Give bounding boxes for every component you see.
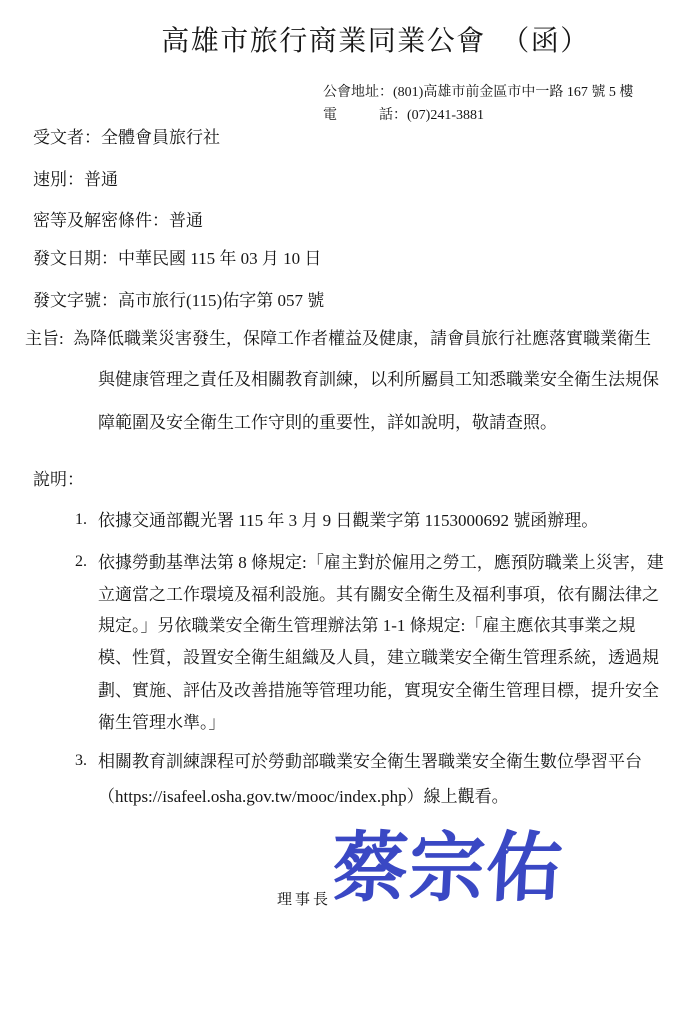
subject-label: 主旨: <box>25 330 64 348</box>
item-2-text: 模、性質，設置安全衛生組織及人員，建立職業安全衛生管理系統，透過規 <box>98 649 659 667</box>
item-1-text: 依據交通部觀光署 115 年 3 月 9 日觀業字第 1153000692 號函… <box>98 512 598 530</box>
explanation-heading: 說明： <box>33 471 84 489</box>
letter-page: 高雄市旅行商業同業公會 （函） 公會地址：(801)高雄市前金區市中一路 167… <box>0 0 695 1024</box>
contact-block: 公會地址：(801)高雄市前金區市中一路 167 號 5 樓 電 話：(07)2… <box>323 81 633 127</box>
item-2-text: 規定。」另依職業安全衛生管理辦法第 1-1 條規定:「雇主應依其事業之規 <box>98 617 635 635</box>
subject-line: 與健康管理之責任及相關教育訓練，以利所屬員工知悉職業安全衛生法規保 <box>98 371 659 389</box>
speed-class-line: 速別：普通 <box>33 171 118 189</box>
item-2-number: 2. <box>75 554 87 571</box>
item-3-text: 相關教育訓練課程可於勞動部職業安全衛生署職業安全衛生數位學習平台 <box>98 753 642 771</box>
chairman-signature: 蔡宗佑 <box>330 831 565 907</box>
reference-number-line: 發文字號：高市旅行(115)佑字第 057 號 <box>33 292 324 310</box>
item-2-text: 劃、實施、評估及改善措施等管理功能，實現安全衛生管理目標，提升安全 <box>98 682 659 700</box>
security-class-line: 密等及解密條件：普通 <box>33 212 203 230</box>
subject-line: 障範圍及安全衛生工作守則的重要性，詳如說明，敬請查照。 <box>98 414 557 432</box>
recipient-line: 受文者：全體會員旅行社 <box>33 129 220 147</box>
item-2-text: 依據勞動基準法第 8 條規定:「雇主對於僱用之勞工，應預防職業上災害，建 <box>98 554 664 572</box>
letter-title: 高雄市旅行商業同業公會 （函） <box>56 27 695 56</box>
association-address: 公會地址：(801)高雄市前金區市中一路 167 號 5 樓 <box>323 81 633 104</box>
item-2-text: 衛生管理水準。」 <box>98 714 226 732</box>
item-2-text: 立適當之工作環境及福利設施。其有關安全衛生及福利事項，依有關法律之 <box>98 586 659 604</box>
chairman-title: 理事長 <box>277 893 331 909</box>
item-3-url-text: （https://isafeel.osha.gov.tw/mooc/index.… <box>98 788 509 806</box>
item-1-number: 1. <box>75 512 87 529</box>
issue-date-line: 發文日期：中華民國 115 年 03 月 10 日 <box>33 250 321 268</box>
subject-line: 為降低職業災害發生，保障工作者權益及健康，請會員旅行社應落實職業衛生 <box>73 330 651 348</box>
item-3-number: 3. <box>75 753 87 770</box>
association-phone: 電 話：(07)241-3881 <box>323 104 633 127</box>
